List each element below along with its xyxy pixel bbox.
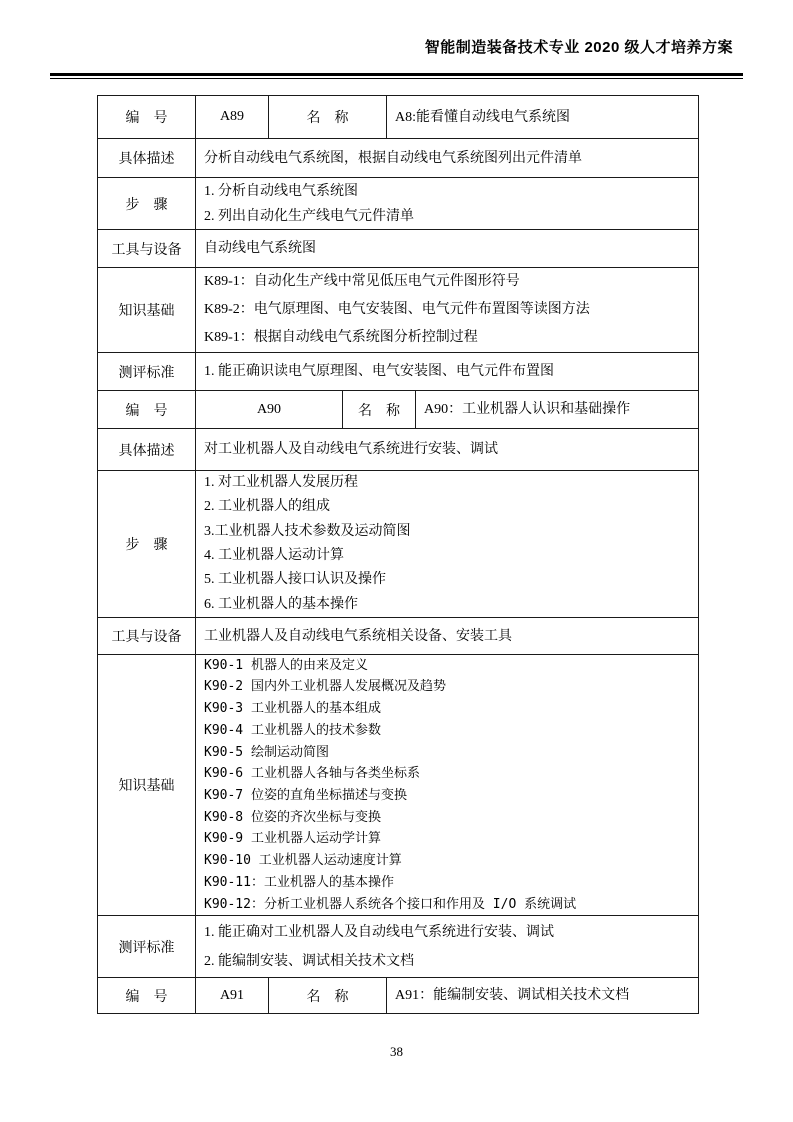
knowledge-line: K90-3 工业机器人的基本组成 — [204, 698, 690, 720]
value-cell: 1. 对工业机器人发展历程 2. 工业机器人的组成 3.工业机器人技术参数及运动… — [195, 471, 698, 617]
step-line: 5. 工业机器人接口认识及操作 — [204, 568, 690, 592]
step-line: 1. 对工业机器人发展历程 — [204, 471, 690, 495]
name-label-cell: 名 称 — [268, 978, 386, 1013]
value-cell: K89-1：自动化生产线中常见低压电气元件图形符号 K89-2：电气原理图、电气… — [195, 268, 698, 352]
knowledge-line: K90-5 绘制运动简图 — [204, 742, 690, 764]
table-row-steps-a90: 步 骤 1. 对工业机器人发展历程 2. 工业机器人的组成 3.工业机器人技术参… — [98, 470, 698, 617]
code-cell: A90 — [195, 391, 342, 428]
knowledge-line: K90-2 国内外工业机器人发展概况及趋势 — [204, 676, 690, 698]
knowledge-line: K90-12：分析工业机器人系统各个接口和作用及 I/O 系统调试 — [204, 894, 690, 915]
knowledge-line: K90-7 位姿的直角坐标描述与变换 — [204, 785, 690, 807]
label-cell: 步 骤 — [98, 471, 195, 617]
knowledge-line: K90-8 位姿的齐次坐标与变换 — [204, 807, 690, 829]
label-cell: 知识基础 — [98, 268, 195, 352]
step-line: 1. 分析自动线电气系统图 — [204, 179, 690, 204]
step-line: 6. 工业机器人的基本操作 — [204, 593, 690, 617]
table-row-knowledge-a89: 知识基础 K89-1：自动化生产线中常见低压电气元件图形符号 K89-2：电气原… — [98, 267, 698, 352]
label-cell: 编 号 — [98, 96, 195, 138]
value-cell: 1. 能正确对工业机器人及自动线电气系统进行安装、调试 2. 能编制安装、调试相… — [195, 916, 698, 977]
value-cell: A91：能编制安装、调试相关技术文档 — [386, 978, 698, 1013]
label-cell: 测评标准 — [98, 353, 195, 390]
page-number: 38 — [0, 1044, 793, 1060]
evaluation-line: 1. 能正确识读电气原理图、电气安装图、电气元件布置图 — [204, 359, 690, 384]
table-row-tools-a89: 工具与设备 自动线电气系统图 — [98, 229, 698, 267]
step-line: 2. 列出自动化生产线电气元件清单 — [204, 204, 690, 229]
label-cell: 步 骤 — [98, 178, 195, 229]
name-label-cell: 名 称 — [342, 391, 415, 428]
knowledge-line: K90-6 工业机器人各轴与各类坐标系 — [204, 763, 690, 785]
evaluation-line: 1. 能正确对工业机器人及自动线电气系统进行安装、调试 — [204, 918, 690, 947]
step-line: 4. 工业机器人运动计算 — [204, 544, 690, 568]
label-cell: 编 号 — [98, 978, 195, 1013]
label-cell: 具体描述 — [98, 429, 195, 470]
value-cell: A90：工业机器人认识和基础操作 — [415, 391, 698, 428]
document-page: 智能制造装备技术专业 2020 级人才培养方案 编 号 A89 名 称 A8:能… — [0, 0, 793, 1122]
value-cell: A8:能看懂自动线电气系统图 — [386, 96, 698, 138]
table-row-evaluation-a89: 测评标准 1. 能正确识读电气原理图、电气安装图、电气元件布置图 — [98, 352, 698, 390]
code-cell: A89 — [195, 96, 268, 138]
label-cell: 测评标准 — [98, 916, 195, 977]
knowledge-line: K90-1 机器人的由来及定义 — [204, 655, 690, 676]
table-row-code-a90: 编 号 A90 名 称 A90：工业机器人认识和基础操作 — [98, 390, 698, 428]
table-row-code-a91: 编 号 A91 名 称 A91：能编制安装、调试相关技术文档 — [98, 977, 698, 1013]
training-task-table: 编 号 A89 名 称 A8:能看懂自动线电气系统图 具体描述 分析自动线电气系… — [97, 95, 699, 1014]
table-row-tools-a90: 工具与设备 工业机器人及自动线电气系统相关设备、安装工具 — [98, 617, 698, 654]
step-line: 3.工业机器人技术参数及运动简图 — [204, 520, 690, 544]
knowledge-line: K90-9 工业机器人运动学计算 — [204, 828, 690, 850]
name-label-cell: 名 称 — [268, 96, 386, 138]
evaluation-line: 2. 能编制安装、调试相关技术文档 — [204, 947, 690, 976]
value-cell: 1. 分析自动线电气系统图 2. 列出自动化生产线电气元件清单 — [195, 178, 698, 229]
knowledge-line: K90-4 工业机器人的技术参数 — [204, 720, 690, 742]
knowledge-line: K89-1：根据自动线电气系统图分析控制过程 — [204, 324, 690, 352]
value-cell: 自动线电气系统图 — [195, 230, 698, 267]
knowledge-line: K89-1：自动化生产线中常见低压电气元件图形符号 — [204, 268, 690, 296]
page-header-title: 智能制造装备技术专业 2020 级人才培养方案 — [50, 36, 733, 57]
label-cell: 知识基础 — [98, 655, 195, 915]
header-rule-thin — [50, 78, 743, 80]
label-cell: 工具与设备 — [98, 230, 195, 267]
table-row-description-a89: 具体描述 分析自动线电气系统图，根据自动线电气系统图列出元件清单 — [98, 138, 698, 177]
knowledge-line: K89-2：电气原理图、电气安装图、电气元件布置图等读图方法 — [204, 296, 690, 324]
label-cell: 工具与设备 — [98, 618, 195, 654]
table-row-steps-a89: 步 骤 1. 分析自动线电气系统图 2. 列出自动化生产线电气元件清单 — [98, 177, 698, 229]
table-row-evaluation-a90: 测评标准 1. 能正确对工业机器人及自动线电气系统进行安装、调试 2. 能编制安… — [98, 915, 698, 977]
table-row-description-a90: 具体描述 对工业机器人及自动线电气系统进行安装、调试 — [98, 428, 698, 470]
value-cell: 对工业机器人及自动线电气系统进行安装、调试 — [195, 429, 698, 470]
value-cell: 分析自动线电气系统图，根据自动线电气系统图列出元件清单 — [195, 139, 698, 177]
value-cell: K90-1 机器人的由来及定义 K90-2 国内外工业机器人发展概况及趋势 K9… — [195, 655, 698, 915]
value-cell: 1. 能正确识读电气原理图、电气安装图、电气元件布置图 — [195, 353, 698, 390]
value-cell: 工业机器人及自动线电气系统相关设备、安装工具 — [195, 618, 698, 654]
knowledge-line: K90-10 工业机器人运动速度计算 — [204, 850, 690, 872]
code-cell: A91 — [195, 978, 268, 1013]
table-row-code-a89: 编 号 A89 名 称 A8:能看懂自动线电气系统图 — [98, 96, 698, 138]
knowledge-line: K90-11：工业机器人的基本操作 — [204, 872, 690, 894]
header-rule-thick — [50, 73, 743, 76]
label-cell: 编 号 — [98, 391, 195, 428]
step-line: 2. 工业机器人的组成 — [204, 495, 690, 519]
table-row-knowledge-a90: 知识基础 K90-1 机器人的由来及定义 K90-2 国内外工业机器人发展概况及… — [98, 654, 698, 915]
label-cell: 具体描述 — [98, 139, 195, 177]
